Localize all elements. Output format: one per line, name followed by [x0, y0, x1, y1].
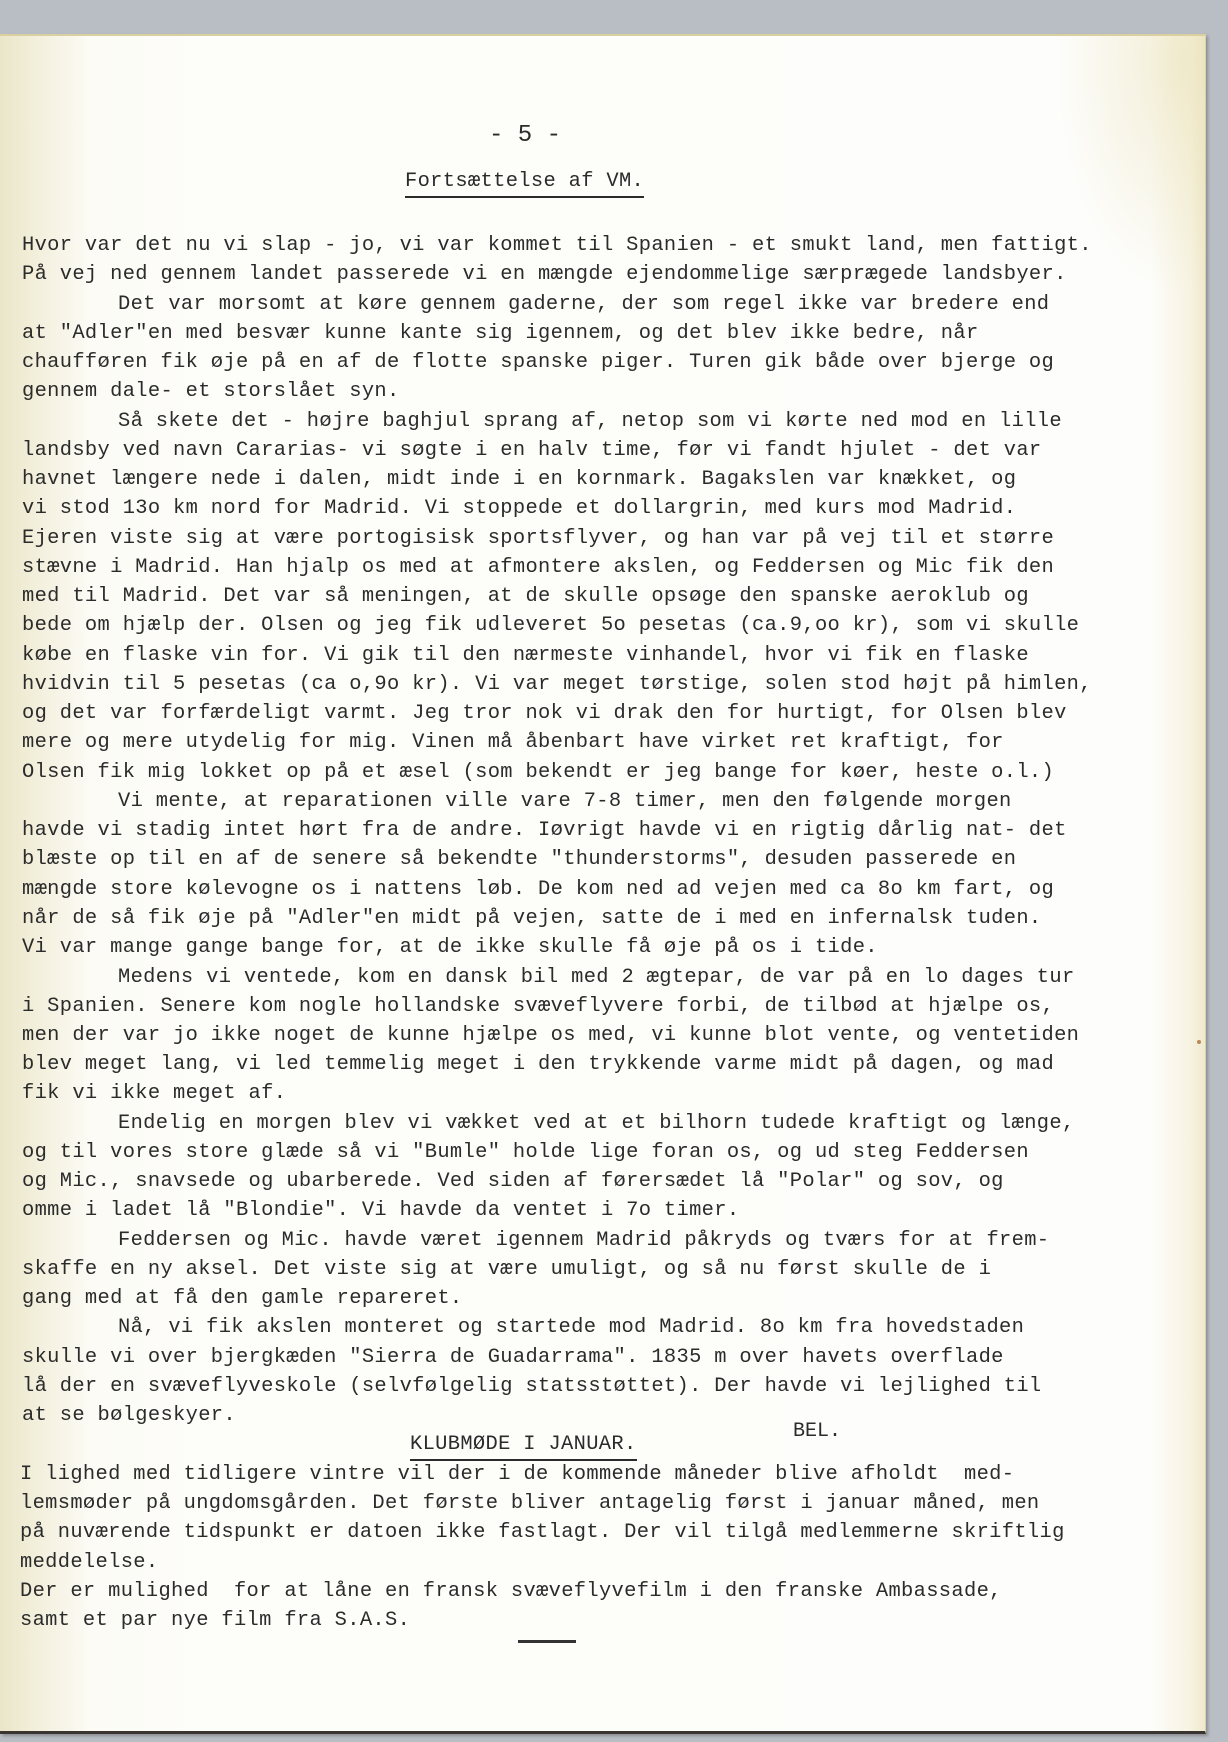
- article-line: hvidvin til 5 pesetas (ca o,9o kr). Vi v…: [22, 673, 1092, 697]
- notice-line: Der er mulighed for at låne en fransk sv…: [20, 1580, 1002, 1604]
- article-line: gennem dale- et storslået syn.: [22, 380, 400, 404]
- notice-line: meddelelse.: [20, 1551, 158, 1575]
- article-line: at "Adler"en med besvær kunne kante sig …: [22, 322, 979, 346]
- article-line: gang med at få den gamle repareret.: [22, 1287, 463, 1311]
- article-line: lå der en svæveflyveskole (selvfølgelig …: [22, 1375, 1042, 1399]
- article-line: Medens vi ventede, kom en dansk bil med …: [118, 966, 1075, 990]
- article-line: landsby ved navn Cararias- vi søgte i en…: [22, 439, 1042, 463]
- page-number: - 5 -: [0, 122, 1050, 149]
- article-line: men der var jo ikke noget de kunne hjælp…: [22, 1024, 1079, 1048]
- article-line: Olsen fik mig lokket op på et æsel (som …: [22, 761, 1054, 785]
- article-line: Vi mente, at reparationen ville vare 7-8…: [118, 790, 1012, 814]
- article-line: bede om hjælp der. Olsen og jeg fik udle…: [22, 614, 1079, 638]
- article-line: mængde store kølevogne os i nattens løb.…: [22, 878, 1054, 902]
- article-line: vi stod 13o km nord for Madrid. Vi stopp…: [22, 497, 1016, 521]
- article-line: købe en flaske vin for. Vi gik til den n…: [22, 644, 1029, 668]
- article-line: og Mic., snavsede og ubarberede. Ved sid…: [22, 1170, 1004, 1194]
- article-line: når de så fik øje på "Adler"en midt på v…: [22, 907, 1042, 931]
- author-signature: BEL.: [793, 1420, 841, 1443]
- article-line: Endelig en morgen blev vi vækket ved at …: [118, 1112, 1075, 1136]
- article-line: Hvor var det nu vi slap - jo, vi var kom…: [22, 234, 1092, 258]
- article-line: og til vores store glæde så vi "Bumle" h…: [22, 1141, 1029, 1165]
- article-title-text: Fortsættelse af VM.: [405, 170, 644, 198]
- article-line: med til Madrid. Det var så meningen, at …: [22, 585, 1029, 609]
- notice-line: samt et par nye film fra S.A.S.: [20, 1609, 410, 1633]
- article-line: havde vi stadig intet hørt fra de andre.…: [22, 819, 1067, 843]
- article-line: i Spanien. Senere kom nogle hollandske s…: [22, 995, 1054, 1019]
- article-line: stævne i Madrid. Han hjalp os med at afm…: [22, 556, 1054, 580]
- article-line: omme i ladet lå "Blondie". Vi havde da v…: [22, 1199, 739, 1223]
- article-line: og det var forfærdeligt varmt. Jeg tror …: [22, 702, 1067, 726]
- article-line: skulle vi over bjergkæden "Sierra de Gua…: [22, 1346, 1004, 1370]
- article-line: På vej ned gennem landet passerede vi en…: [22, 263, 1067, 287]
- article-line: skaffe en ny aksel. Det viste sig at vær…: [22, 1258, 991, 1282]
- article-line: fik vi ikke meget af.: [22, 1082, 286, 1106]
- article-line: Ejeren viste sig at være portogisisk spo…: [22, 527, 1054, 551]
- end-divider: [518, 1640, 576, 1643]
- article-line: havnet længere nede i dalen, midt inde i…: [22, 468, 1016, 492]
- article-line: at se bølgeskyer.: [22, 1404, 236, 1428]
- article-line: Vi var mange gange bange for, at de ikke…: [22, 936, 878, 960]
- article-line: Så skete det - højre baghjul sprang af, …: [118, 410, 1062, 434]
- article-line: mere og mere utydelig for mig. Vinen må …: [22, 731, 1004, 755]
- article-line: Det var morsomt at køre gennem gaderne, …: [118, 293, 1049, 317]
- article-line: Nå, vi fik akslen monteret og startede m…: [118, 1316, 1024, 1340]
- notice-line: I lighed med tidligere vintre vil der i …: [20, 1463, 1014, 1487]
- notice-line: lemsmøder på ungdomsgården. Det første b…: [20, 1492, 1040, 1516]
- article-line: chaufføren fik øje på en af de flotte sp…: [22, 351, 1054, 375]
- article-title: Fortsættelse af VM.: [405, 170, 644, 193]
- article-line: blæste op til en af de senere så bekendt…: [22, 848, 1016, 872]
- notice-title-text: KLUBMØDE I JANUAR.: [410, 1433, 637, 1461]
- paper-fleck: [1197, 1040, 1201, 1044]
- notice-title: KLUBMØDE I JANUAR.: [410, 1433, 637, 1456]
- article-line: Feddersen og Mic. havde været igennem Ma…: [118, 1229, 1049, 1253]
- notice-line: på nuværende tidspunkt er datoen ikke fa…: [20, 1521, 1065, 1545]
- article-line: blev meget lang, vi led temmelig meget i…: [22, 1053, 1054, 1077]
